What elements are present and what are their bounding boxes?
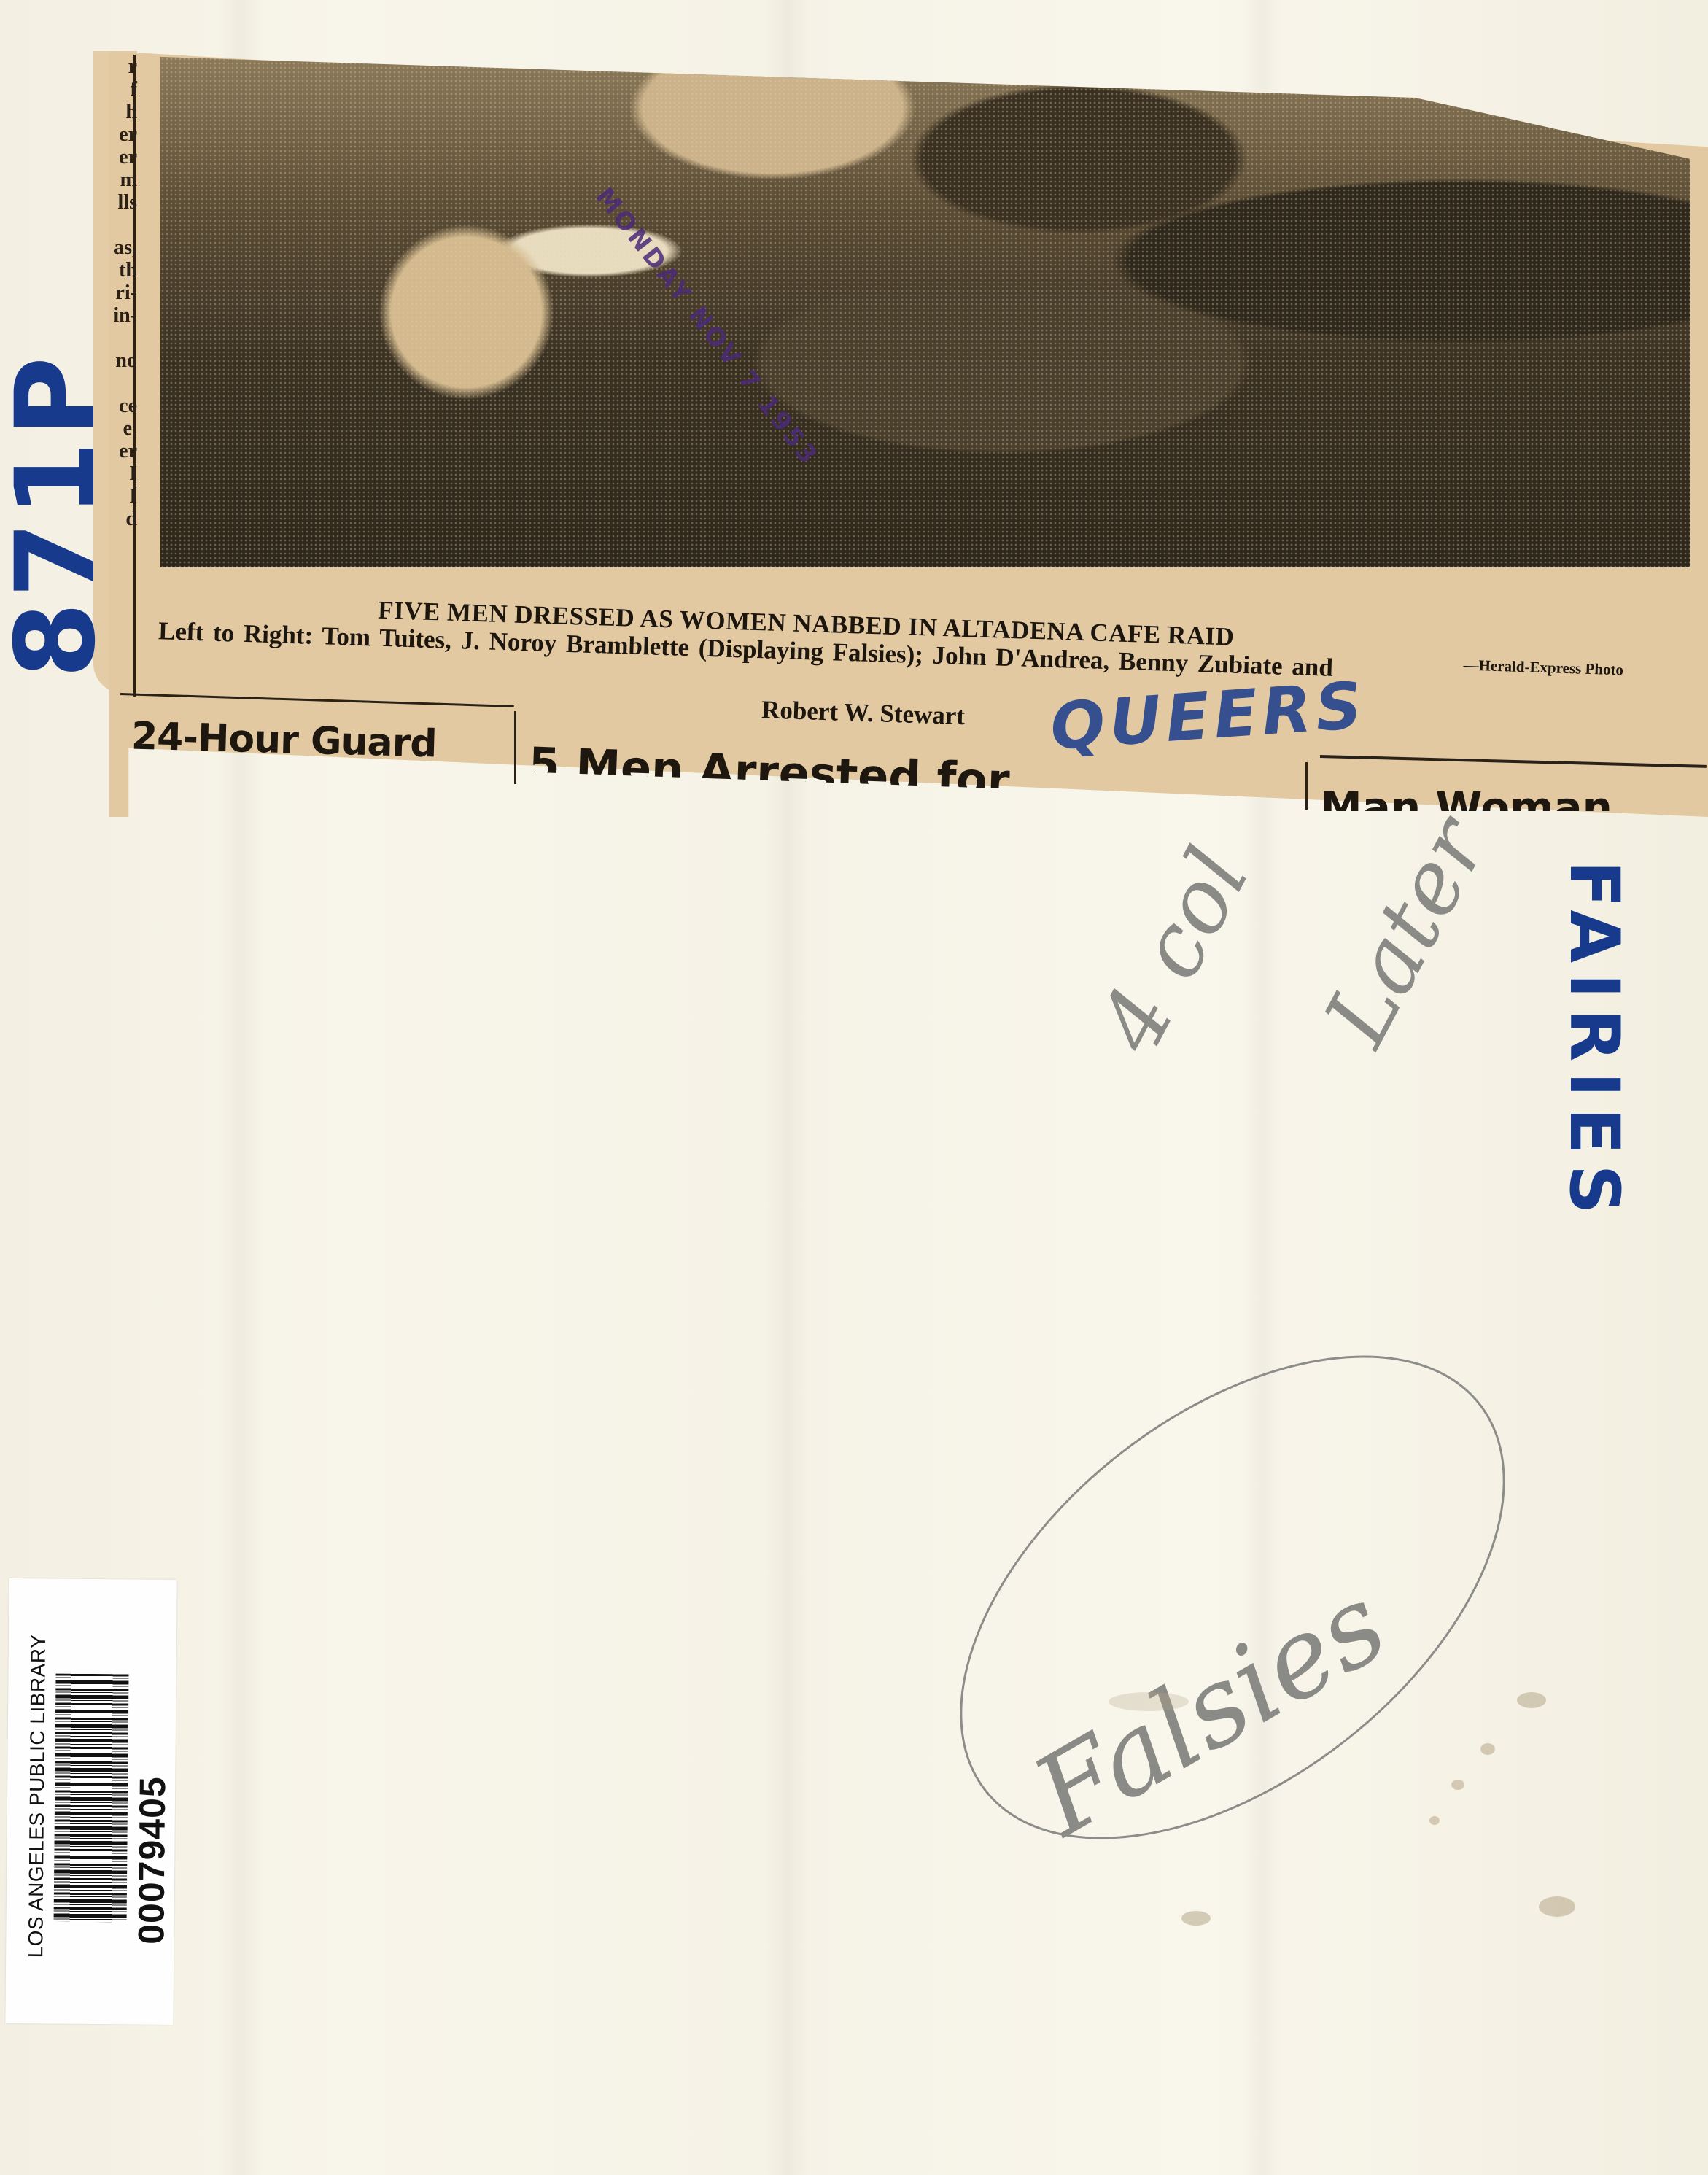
column-rule (133, 55, 136, 697)
barcode-number: 00079405 (130, 1776, 174, 1945)
halftone-news-photo (160, 57, 1690, 567)
stain (1480, 1743, 1495, 1755)
handwritten-fairies: FAIRIES (1554, 861, 1634, 1224)
story-headline-man-woman: Man Woman (1320, 780, 1612, 811)
library-name: LOS ANGELES PUBLIC LIBRARY (24, 1635, 50, 1958)
stain (1181, 1911, 1211, 1926)
stain (1429, 1816, 1440, 1825)
pencil-note-later: Later (1305, 803, 1507, 1062)
stain (1517, 1692, 1546, 1708)
stain (1451, 1780, 1464, 1790)
stain (1109, 1692, 1189, 1711)
barcode (54, 1674, 129, 1923)
story-headline-24-hour-guard: 24-Hour Guard (131, 715, 437, 767)
handwritten-file-number: 871P (0, 352, 120, 678)
stain (1539, 1896, 1575, 1917)
column-divider (514, 711, 516, 784)
column-divider (1305, 762, 1308, 810)
library-barcode-label: LOS ANGELES PUBLIC LIBRARY 00079405 (5, 1578, 176, 2025)
